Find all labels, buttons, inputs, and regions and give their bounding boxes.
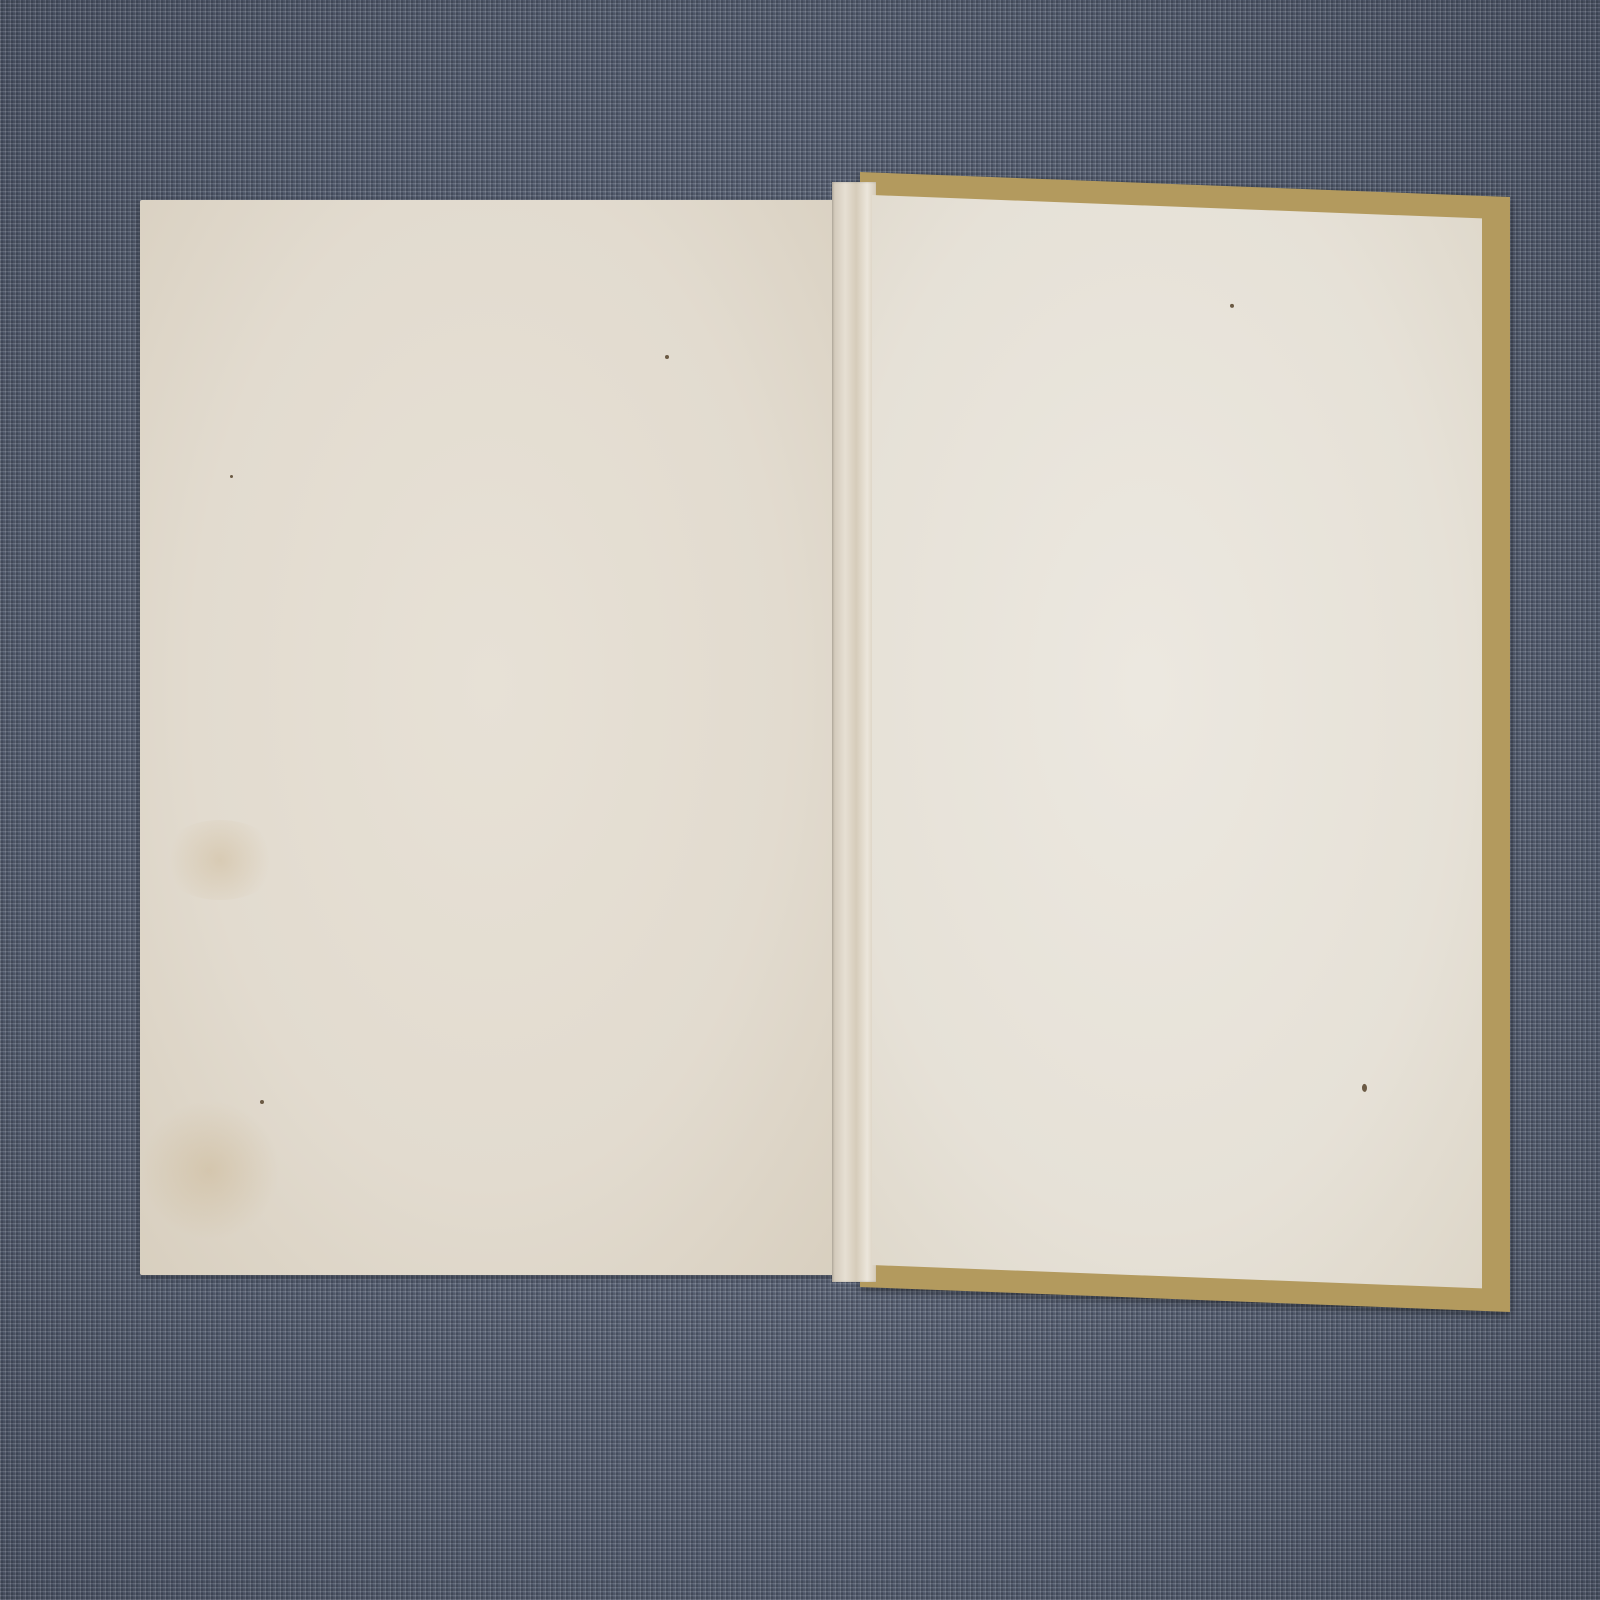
speck <box>1230 304 1234 308</box>
photo-scene <box>0 0 1600 1600</box>
speck <box>665 355 669 359</box>
speck <box>230 475 233 478</box>
foxing-stain <box>140 1100 280 1240</box>
speck <box>260 1100 264 1104</box>
book-gutter-spine <box>832 182 876 1282</box>
speck <box>1362 1084 1367 1092</box>
left-blank-page <box>140 200 840 1275</box>
right-blank-endpaper <box>872 195 1482 1288</box>
foxing-stain <box>160 820 280 900</box>
